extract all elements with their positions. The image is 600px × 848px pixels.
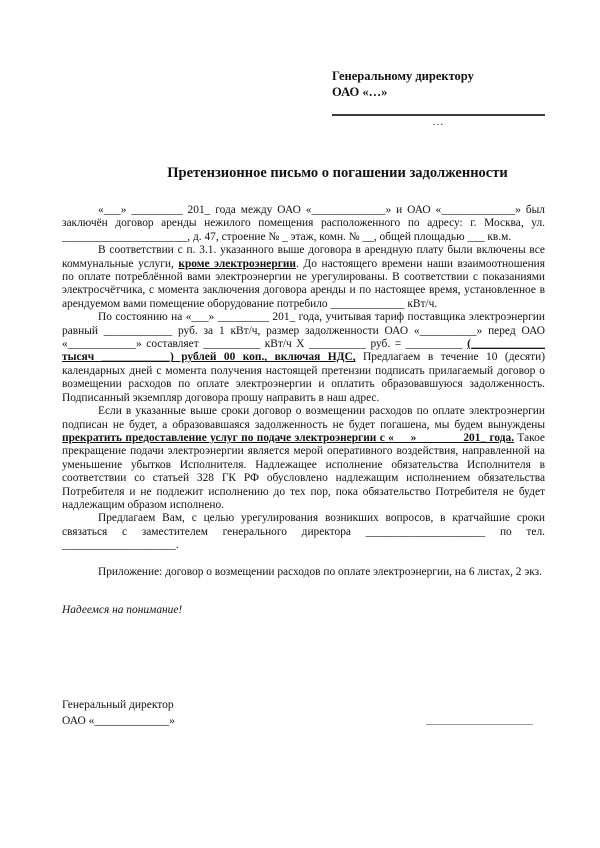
paragraph-contact: Предлагаем Вам, с целью урегулирования в… xyxy=(62,512,545,552)
text-segment: Если в указанные выше сроки договор о во… xyxy=(62,405,545,430)
document-page: Генеральному директору ОАО «…» ... Прете… xyxy=(0,0,600,848)
signatory-company: ОАО «_____________» xyxy=(62,713,175,729)
document-title: Претензионное письмо о погашении задолже… xyxy=(62,164,545,182)
recipient-line-1: Генеральному директору xyxy=(332,68,474,84)
text-segment: «___» _________ 201_ года между ОАО «___… xyxy=(62,204,545,243)
paragraph-debt-amount: По состоянию на «___» _________ 201_ год… xyxy=(62,311,545,405)
signatory: Генеральный директор ОАО «_____________» xyxy=(62,697,175,729)
attachment-line: Приложение: договор о возмещении расходо… xyxy=(62,566,545,579)
recipient-dots: ... xyxy=(332,116,545,128)
paragraph-consequences: Если в указанные выше сроки договор о во… xyxy=(62,405,545,512)
recipient-block: Генеральному директору ОАО «…» xyxy=(332,68,474,100)
text-segment-emphasis: прекратить предоставление услуг по подач… xyxy=(62,432,514,444)
signature-line xyxy=(426,724,533,725)
signature-block: Генеральный директор ОАО «_____________» xyxy=(62,697,545,729)
document-body: «___» _________ 201_ года между ОАО «___… xyxy=(62,204,545,617)
paragraph-contract-intro: «___» _________ 201_ года между ОАО «___… xyxy=(62,204,545,244)
text-segment-emphasis: кроме электроэнергии xyxy=(178,258,296,270)
paragraph-utilities: В соответствии с п. 3.1. указанного выше… xyxy=(62,244,545,311)
text-segment: Предлагаем Вам, с целью урегулирования в… xyxy=(62,512,545,551)
text-segment: Приложение: договор о возмещении расходо… xyxy=(98,566,542,578)
signatory-position: Генеральный директор xyxy=(62,697,175,713)
recipient-line-2: ОАО «…» xyxy=(332,84,474,100)
closing-remark: Надеемся на понимание! xyxy=(62,604,545,617)
